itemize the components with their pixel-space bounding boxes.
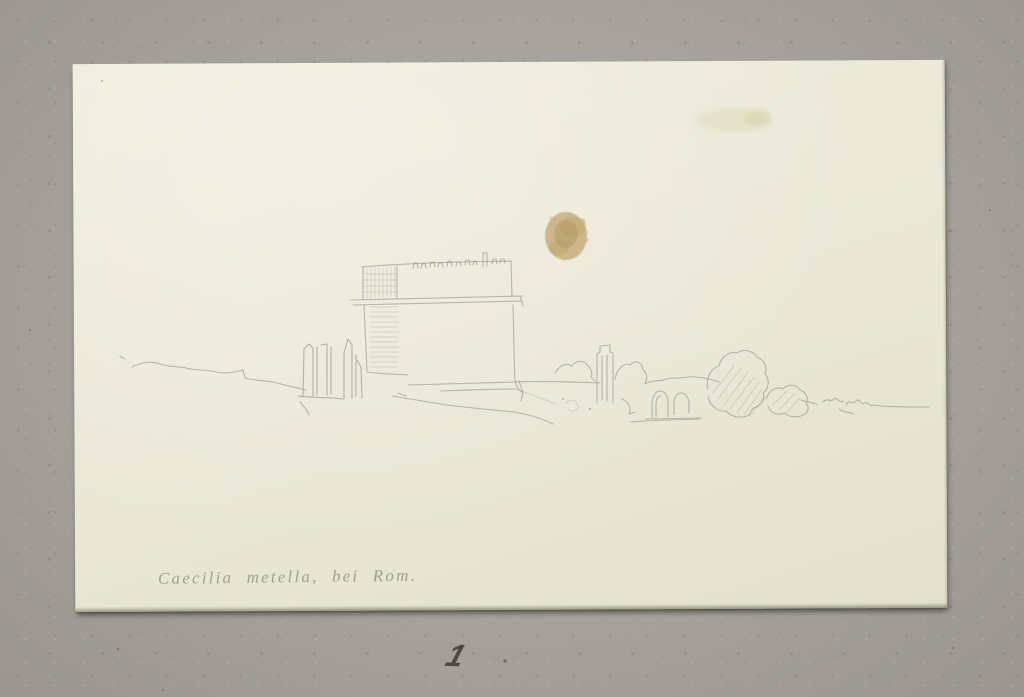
drawing-sheet bbox=[73, 60, 948, 612]
artwork-photo: Caecilia metella, bei Rom. 1 bbox=[0, 0, 1024, 697]
handwritten-inscription: Caecilia metella, bei Rom. bbox=[158, 565, 478, 589]
